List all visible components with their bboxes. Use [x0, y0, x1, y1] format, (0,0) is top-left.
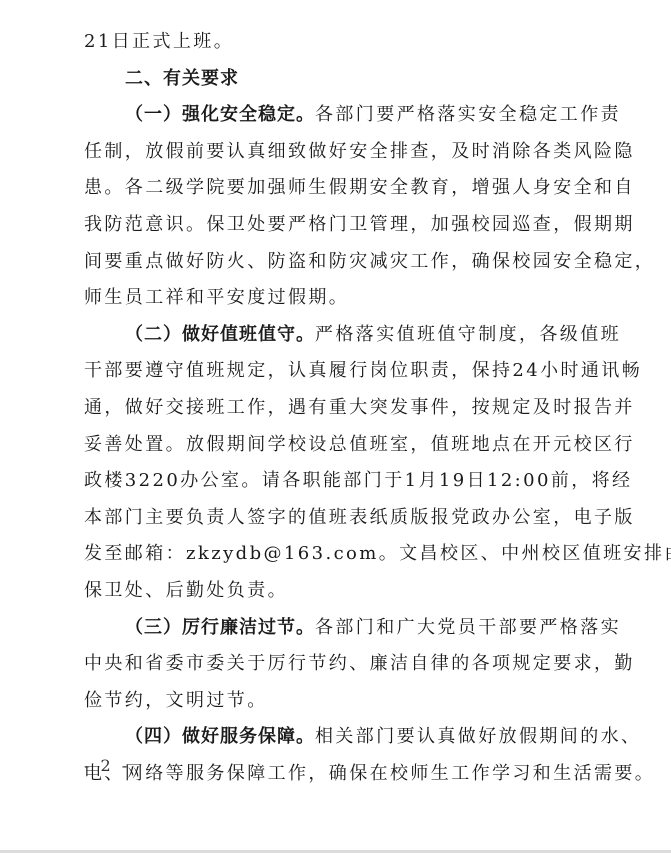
line-text: 21日正式上班。	[84, 31, 234, 52]
paragraph-line: （一）强化安全稳定。各部门要严格落实安全稳定工作责	[84, 97, 578, 134]
line-text: 电、网络等服务保障工作，确保在校师生工作学习和生活需要。	[84, 763, 655, 784]
paragraph-line: 保卫处、后勤处负责。	[84, 573, 578, 610]
paragraph-line: （三）厉行廉洁过节。各部门和广大党员干部要严格落实	[84, 610, 578, 647]
line-text: 妥善处置。放假期间学校设总值班室，值班地点在开元校区行	[84, 434, 635, 455]
line-text: 政楼3220办公室。请各职能部门于1月19日12:00前，将经	[84, 470, 632, 491]
line-text: 本部门主要负责人签字的值班表纸质版报党政办公室，电子版	[84, 507, 635, 528]
line-text: 保卫处、后勤处负责。	[84, 580, 288, 601]
paragraph-line: 任制，放假前要认真细致做好安全排查，及时消除各类风险隐	[84, 134, 578, 171]
paragraph-line: 本部门主要负责人签字的值班表纸质版报党政办公室，电子版	[84, 500, 578, 537]
paragraph-line: 干部要遵守值班规定，认真履行岗位职责，保持24小时通讯畅	[84, 353, 578, 390]
paragraph-line: 妥善处置。放假期间学校设总值班室，值班地点在开元校区行	[84, 427, 578, 464]
line-text: 患。各二级学院要加强师生假期安全教育，增强人身安全和自	[84, 177, 635, 198]
line-text: 各部门要严格落实安全稳定工作责	[315, 104, 621, 125]
document-body: 21日正式上班。 二、有关要求 （一）强化安全稳定。各部门要严格落实安全稳定工作…	[84, 24, 578, 792]
paragraph-line: （二）做好值班值守。严格落实值班值守制度，各级值班	[84, 317, 578, 354]
line-text: 任制，放假前要认真细致做好安全排查，及时消除各类风险隐	[84, 141, 635, 162]
line-text: 我防范意识。保卫处要严格门卫管理，加强校园巡查，假期期	[84, 214, 635, 235]
paragraph-line: 电、网络等服务保障工作，确保在校师生工作学习和生活需要。	[84, 756, 578, 793]
paragraph-line: 发至邮箱：zkzydb@163.com。文昌校区、中州校区值班安排由	[84, 536, 578, 573]
section-heading: 二、有关要求	[84, 61, 578, 98]
paragraph-line: （四）做好服务保障。相关部门要认真做好放假期间的水、	[84, 719, 578, 756]
page-number: - 2 -	[84, 756, 130, 775]
line-text: 间要重点做好防火、防盗和防灾减灾工作，确保校园安全稳定，	[84, 251, 655, 272]
paragraph-line: 师生员工祥和平安度过假期。	[84, 280, 578, 317]
line-text: 相关部门要认真做好放假期间的水、	[315, 726, 641, 747]
paragraph-line: 中央和省委市委关于厉行节约、廉洁自律的各项规定要求，勤	[84, 646, 578, 683]
subsection-label: （三）厉行廉洁过节。	[125, 617, 315, 638]
line-text: 中央和省委市委关于厉行节约、廉洁自律的各项规定要求，勤	[84, 653, 635, 674]
heading-text: 二、有关要求	[125, 68, 239, 89]
paragraph-line: 通，做好交接班工作，遇有重大突发事件，按规定及时报告并	[84, 390, 578, 427]
line-text: 各部门和广大党员干部要严格落实	[315, 617, 621, 638]
line-text: 通，做好交接班工作，遇有重大突发事件，按规定及时报告并	[84, 397, 635, 418]
document-page: 21日正式上班。 二、有关要求 （一）强化安全稳定。各部门要严格落实安全稳定工作…	[0, 0, 671, 850]
paragraph-line: 间要重点做好防火、防盗和防灾减灾工作，确保校园安全稳定，	[84, 244, 578, 281]
paragraph-line: 俭节约，文明过节。	[84, 683, 578, 720]
line-text: 师生员工祥和平安度过假期。	[84, 287, 349, 308]
paragraph-line: 我防范意识。保卫处要严格门卫管理，加强校园巡查，假期期	[84, 207, 578, 244]
subsection-label: （二）做好值班值守。	[125, 324, 315, 345]
paragraph-line: 21日正式上班。	[84, 24, 578, 61]
paragraph-line: 政楼3220办公室。请各职能部门于1月19日12:00前，将经	[84, 463, 578, 500]
line-text: 干部要遵守值班规定，认真履行岗位职责，保持24小时通讯畅	[84, 360, 642, 381]
line-text: 俭节约，文明过节。	[84, 690, 268, 711]
subsection-label: （一）强化安全稳定。	[125, 104, 315, 125]
line-text: 严格落实值班值守制度，各级值班	[315, 324, 621, 345]
subsection-label: （四）做好服务保障。	[125, 726, 315, 747]
line-text: 发至邮箱：zkzydb@163.com。文昌校区、中州校区值班安排由	[84, 543, 671, 564]
paragraph-line: 患。各二级学院要加强师生假期安全教育，增强人身安全和自	[84, 170, 578, 207]
